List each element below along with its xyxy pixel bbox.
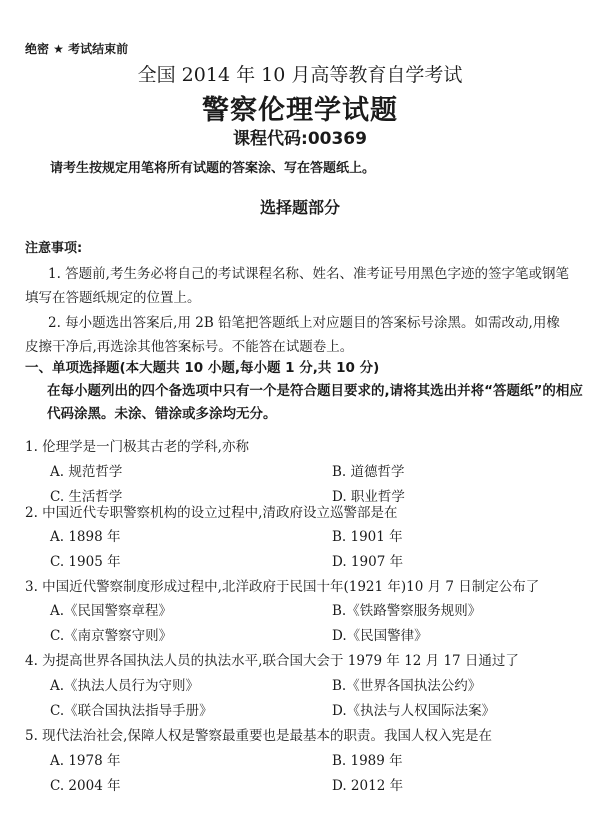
question-2-option-c: C. 1905 年 <box>50 550 121 570</box>
exam-title: 全国 2014 年 10 月高等教育自学考试 <box>0 60 600 87</box>
course-code: 课程代码:00369 <box>0 124 600 149</box>
general-instruction: 请考生按规定用笔将所有试题的答案涂、写在答题纸上。 <box>50 157 375 176</box>
notice-item-2-line1: 2. 每小题选出答案后,用 2B 铅笔把答题纸上对应题目的答案标号涂黑。如需改动… <box>48 311 560 331</box>
question-4-option-a: A.《执法人员行为守则》 <box>50 674 199 694</box>
question-2-option-d: D. 1907 年 <box>332 550 403 570</box>
question-1-option-b: B. 道德哲学 <box>332 460 405 480</box>
question-5-option-b: B. 1989 年 <box>332 749 403 769</box>
notice-item-1-line1: 1. 答题前,考生务必将自己的考试课程名称、姓名、准考证号用黑色字迹的签字笔或钢… <box>48 262 569 282</box>
notice-heading: 注意事项: <box>25 237 82 256</box>
question-4-option-d: D.《执法与人权国际法案》 <box>332 699 495 719</box>
question-4-stem: 4. 为提高世界各国执法人员的执法水平,联合国大会于 1979 年 12 月 1… <box>25 649 519 669</box>
question-1-option-a: A. 规范哲学 <box>50 460 122 480</box>
notice-item-2-line2: 皮擦干净后,再选涂其他答案标号。不能答在试题卷上。 <box>25 335 353 355</box>
question-3-stem: 3. 中国近代警察制度形成过程中,北洋政府于民国十年(1921 年)10 月 7… <box>25 575 539 595</box>
confidential-label: 绝密 ★ 考试结束前 <box>25 40 128 57</box>
question-2-stem: 2. 中国近代专职警察机构的设立过程中,清政府设立巡警部是在 <box>25 501 397 521</box>
question-5-stem: 5. 现代法治社会,保障人权是警察最重要也是最基本的职责。我国人权入宪是在 <box>25 724 492 744</box>
section-note-line2: 代码涂黑。未涂、错涂或多涂均无分。 <box>47 402 277 422</box>
question-4-option-b: B.《世界各国执法公约》 <box>332 674 481 694</box>
question-5-option-a: A. 1978 年 <box>50 749 120 769</box>
question-5-option-d: D. 2012 年 <box>332 774 403 794</box>
question-4-option-c: C.《联合国执法指导手册》 <box>50 699 213 719</box>
question-3-option-b: B.《铁路警察服务规则》 <box>332 599 481 619</box>
question-3-option-c: C.《南京警察守则》 <box>50 624 172 644</box>
part-title: 选择题部分 <box>0 195 600 218</box>
question-1-stem: 1. 伦理学是一门极其古老的学科,亦称 <box>25 435 249 455</box>
question-2-option-a: A. 1898 年 <box>50 525 120 545</box>
notice-item-1-line2: 填写在答题纸规定的位置上。 <box>25 286 201 306</box>
question-5-option-c: C. 2004 年 <box>50 774 121 794</box>
question-2-option-b: B. 1901 年 <box>332 525 403 545</box>
subject-title: 警察伦理学试题 <box>0 88 600 127</box>
question-3-option-a: A.《民国警察章程》 <box>50 599 172 619</box>
section-title: 一、单项选择题(本大题共 10 小题,每小题 1 分,共 10 分) <box>25 356 379 376</box>
question-3-option-d: D.《民国警律》 <box>332 624 428 644</box>
section-note-line1: 在每小题列出的四个备选项中只有一个是符合题目要求的,请将其选出并将“答题纸”的相… <box>47 379 583 399</box>
